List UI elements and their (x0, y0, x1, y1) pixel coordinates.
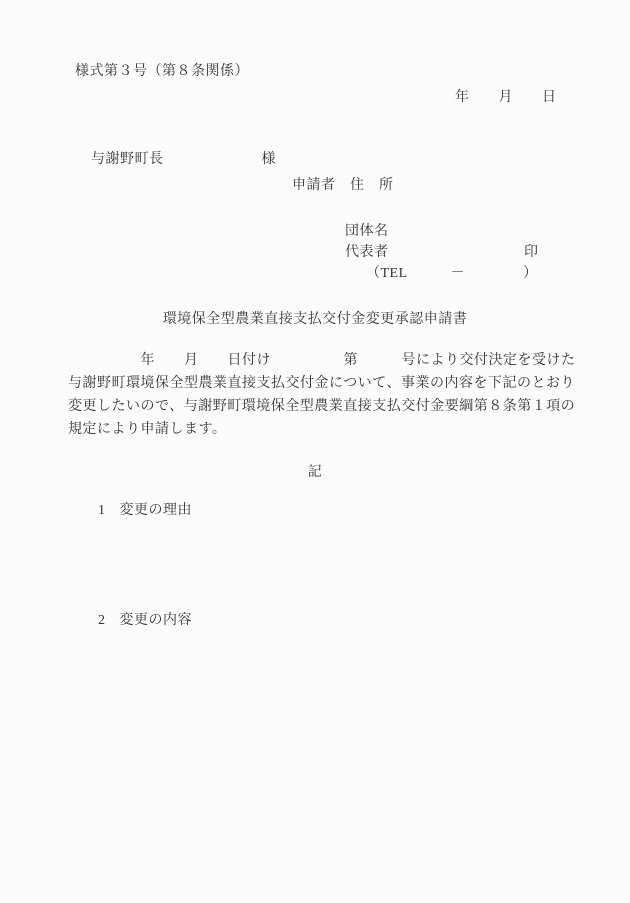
date-blank-line: 年 月 日 (455, 90, 557, 105)
item-change-content: 2変更の内容 (82, 598, 192, 643)
seal-mark: 印 (524, 245, 539, 260)
body-paragraph-line-1: 年 月 日付け 第 号により交付決定を受けた (68, 353, 576, 368)
record-heading: 記 (0, 465, 630, 480)
addressee-name: 与謝野町長 (91, 152, 164, 167)
body-paragraph-line-2: 与謝野町環境保全型農業直接支払交付金について、事業の内容を下記のとおり (68, 376, 575, 391)
body-paragraph-line-3: 変更したいので、与謝野町環境保全型農業直接支払交付金要綱第８条第１項の (68, 399, 575, 414)
form-number: 様式第３号（第８条関係） (75, 64, 249, 79)
organization-name-label: 団体名 (345, 224, 389, 239)
body-paragraph-line-4: 規定により申請します。 (68, 422, 226, 437)
addressee-honorific: 様 (262, 152, 277, 167)
item-1-number: 1 (98, 503, 106, 518)
item-2-number: 2 (98, 613, 106, 628)
tel-blank-line: （TEL － ） (366, 266, 538, 281)
document-page: 様式第３号（第８条関係） 年 月 日 与謝野町長様 申請者 住 所 団体名 代表… (0, 0, 630, 903)
item-2-label: 変更の内容 (120, 613, 193, 628)
representative-label: 代表者 (345, 245, 389, 260)
applicant-address-label: 申請者 住 所 (292, 178, 394, 193)
item-change-reason: 1変更の理由 (82, 488, 192, 533)
document-title: 環境保全型農業直接支払交付金変更承認申請書 (0, 312, 630, 327)
item-1-label: 変更の理由 (120, 503, 193, 518)
addressee-line: 与謝野町長様 (75, 137, 276, 182)
